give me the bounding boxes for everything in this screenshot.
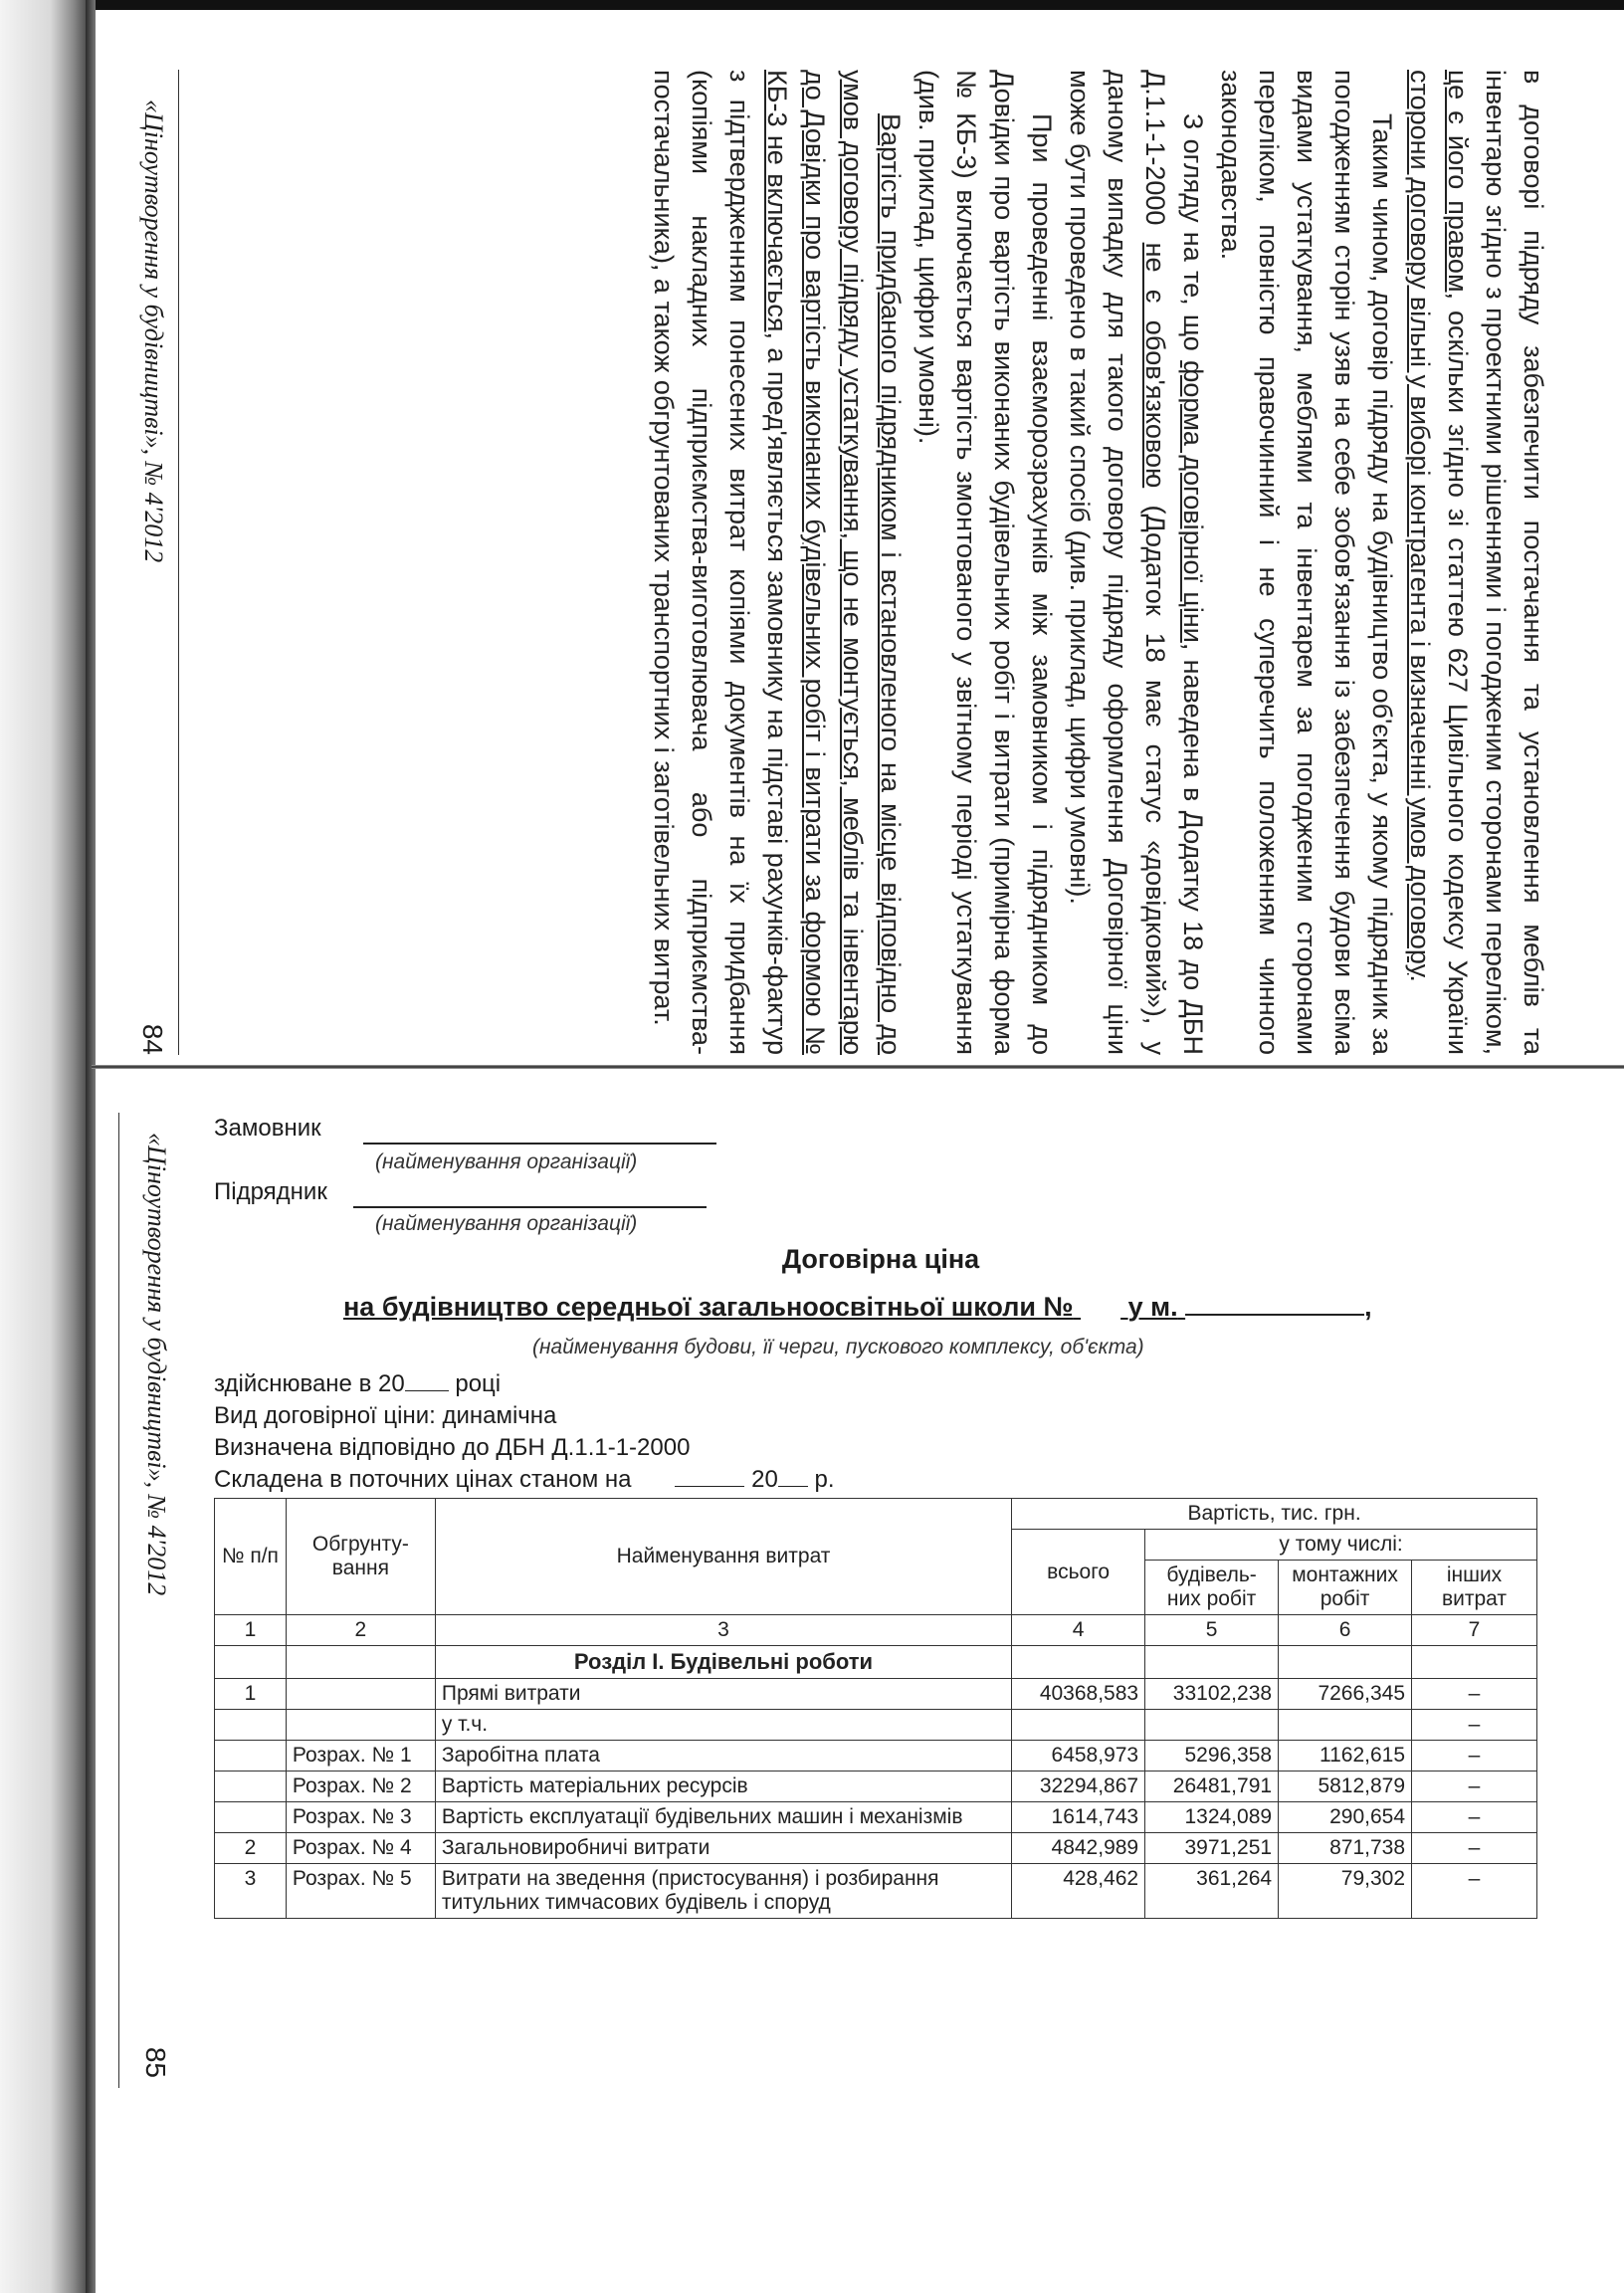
book-spine <box>86 0 96 2293</box>
row-name: у т.ч. <box>435 1710 1011 1741</box>
col-header-num: № п/п <box>215 1499 287 1615</box>
col-header-other: інших витрат <box>1412 1561 1537 1615</box>
journal-title: «Ціноутворення у будівництві», № 4'2012 <box>141 1133 171 1595</box>
row-total: 1614,743 <box>1012 1802 1145 1833</box>
row-name: Вартість експлуатації будівельних машин … <box>435 1802 1011 1833</box>
row-num: 2 <box>215 1833 287 1864</box>
cost-table: № п/п Обгрунту-вання Найменування витрат… <box>214 1498 1537 1919</box>
row-installation: 290,654 <box>1279 1802 1412 1833</box>
row-other: – <box>1412 1772 1537 1802</box>
row-name: Вартість матеріальних ресурсів <box>435 1772 1011 1802</box>
row-num <box>215 1741 287 1772</box>
row-total: 40368,583 <box>1012 1679 1145 1710</box>
row-other: – <box>1412 1833 1537 1864</box>
page-number: 84 <box>136 1024 168 1055</box>
row-construction: 26481,791 <box>1145 1772 1279 1802</box>
table-row: 1Прямі витрати40368,58333102,2387266,345… <box>215 1679 1537 1710</box>
page-84-footer: «Ціноутворення у будівництві», № 4'2012 … <box>174 70 179 1055</box>
row-basis: Розрах. № 3 <box>286 1802 435 1833</box>
subtitle-prefix: на будівництво середньої загальноосвітнь… <box>343 1292 1074 1322</box>
section-row: Розділ I. Будівельні роботи <box>215 1646 1537 1679</box>
journal-title: «Ціноутворення у будівництві», № 4'2012 <box>138 100 168 562</box>
row-basis <box>286 1710 435 1741</box>
org-hint: (найменування організації) <box>375 1212 637 1236</box>
paragraph: З огляду на те, що форма договірної ціни… <box>1061 70 1212 1055</box>
row-construction: 1324,089 <box>1145 1802 1279 1833</box>
contractor-row: Підрядник <box>214 1178 1547 1214</box>
page-84: в договорі підряду забезпечити постачанн… <box>109 70 1552 1055</box>
column-number: 7 <box>1412 1615 1537 1646</box>
org-hint: (найменування організації) <box>375 1150 637 1174</box>
page-85-footer: «Ціноутворення у будівництві», № 4'2012 … <box>118 1113 179 2088</box>
col-header-total: всього <box>1012 1530 1145 1615</box>
row-basis: Розрах. № 4 <box>286 1833 435 1864</box>
col-header-installation: монтажних робіт <box>1279 1561 1412 1615</box>
row-construction <box>1145 1710 1279 1741</box>
col-header-construction: будівель-них робіт <box>1145 1561 1279 1615</box>
meta-year: здійснюване в 20 році <box>214 1368 835 1400</box>
section-title: Розділ I. Будівельні роботи <box>435 1646 1011 1679</box>
subtitle-suffix: , <box>1364 1292 1372 1322</box>
column-number: 3 <box>435 1615 1011 1646</box>
row-name: Прямі витрати <box>435 1679 1011 1710</box>
row-name: Загальновиробничі витрати <box>435 1833 1011 1864</box>
row-basis: Розрах. № 2 <box>286 1772 435 1802</box>
table-row: 3Розрах. № 5Витрати на зведення (пристос… <box>215 1864 1537 1919</box>
row-other: – <box>1412 1679 1537 1710</box>
subtitle-hint: (найменування будови, її черги, пусковог… <box>532 1336 1144 1359</box>
meta-date: Складена в поточних цінах станом на 20 р… <box>214 1464 835 1496</box>
row-installation <box>1279 1710 1412 1741</box>
meta-standard: Визначена відповідно до ДБН Д.1.1-1-2000 <box>214 1432 835 1464</box>
paragraph: При проведенні взаєморозрахунків між зам… <box>910 70 1061 1055</box>
scan-shadow <box>0 0 92 2293</box>
column-number: 4 <box>1012 1615 1145 1646</box>
table-row: у т.ч.– <box>215 1710 1537 1741</box>
row-installation: 79,302 <box>1279 1864 1412 1919</box>
row-name: Витрати на зведення (пристосування) і ро… <box>435 1864 1011 1919</box>
col-header-cost-group: Вартість, тис. грн. <box>1012 1499 1537 1530</box>
page-fold-line <box>92 1065 1624 1069</box>
city-blank <box>1185 1314 1364 1316</box>
row-basis: Розрах. № 1 <box>286 1741 435 1772</box>
col-header-basis: Обгрунту-вання <box>286 1499 435 1615</box>
contractor-blank <box>353 1206 707 1208</box>
row-basis <box>286 1679 435 1710</box>
row-construction: 3971,251 <box>1145 1833 1279 1864</box>
row-construction: 5296,358 <box>1145 1741 1279 1772</box>
document-title: Договірна ціна <box>214 1244 1547 1275</box>
row-basis: Розрах. № 5 <box>286 1864 435 1919</box>
row-total: 6458,973 <box>1012 1741 1145 1772</box>
row-installation: 871,738 <box>1279 1833 1412 1864</box>
customer-row: Замовник <box>214 1115 1547 1150</box>
table-row: 2Розрах. № 4Загальновиробничі витрати484… <box>215 1833 1537 1864</box>
row-construction: 33102,238 <box>1145 1679 1279 1710</box>
scan-top-edge <box>0 0 1624 10</box>
row-num <box>215 1802 287 1833</box>
row-installation: 1162,615 <box>1279 1741 1412 1772</box>
row-other: – <box>1412 1802 1537 1833</box>
column-number: 5 <box>1145 1615 1279 1646</box>
row-num <box>215 1710 287 1741</box>
table-row: Розрах. № 3Вартість експлуатації будівел… <box>215 1802 1537 1833</box>
column-number: 1 <box>215 1615 287 1646</box>
paragraph: в договорі підряду забезпечити постачанн… <box>1401 70 1552 1055</box>
contractor-label: Підрядник <box>214 1178 327 1206</box>
row-total <box>1012 1710 1145 1741</box>
page-number: 85 <box>139 2047 171 2078</box>
paragraph: Вартість придбаного підрядником і встано… <box>645 70 910 1055</box>
row-name: Заробітна плата <box>435 1741 1011 1772</box>
table-row: Розрах. № 2Вартість матеріальних ресурсі… <box>215 1772 1537 1802</box>
table-row: Розрах. № 1Заробітна плата6458,9735296,3… <box>215 1741 1537 1772</box>
row-total: 428,462 <box>1012 1864 1145 1919</box>
document-meta: здійснюване в 20 році Вид договірної цін… <box>214 1368 835 1496</box>
subtitle-city: у м. <box>1128 1292 1178 1322</box>
paragraph: Таким чином, договір підряду на будівниц… <box>1212 70 1401 1055</box>
column-number: 6 <box>1279 1615 1412 1646</box>
row-total: 32294,867 <box>1012 1772 1145 1802</box>
row-num: 3 <box>215 1864 287 1919</box>
meta-price-type: Вид договірної ціни: динамічна <box>214 1400 835 1432</box>
customer-blank <box>363 1143 716 1145</box>
col-header-incl: у тому числі: <box>1145 1530 1537 1561</box>
row-installation: 5812,879 <box>1279 1772 1412 1802</box>
page-84-body-text: в договорі підряду забезпечити постачанн… <box>645 70 1552 1055</box>
row-other: – <box>1412 1864 1537 1919</box>
row-construction: 361,264 <box>1145 1864 1279 1919</box>
column-numbers-row: 1234567 <box>215 1615 1537 1646</box>
contract-price-form: Замовник (найменування організації) Підр… <box>214 1115 1547 1214</box>
row-other: – <box>1412 1710 1537 1741</box>
row-total: 4842,989 <box>1012 1833 1145 1864</box>
row-num <box>215 1772 287 1802</box>
col-header-name: Найменування витрат <box>435 1499 1011 1615</box>
customer-label: Замовник <box>214 1115 321 1143</box>
row-other: – <box>1412 1741 1537 1772</box>
column-number: 2 <box>286 1615 435 1646</box>
row-installation: 7266,345 <box>1279 1679 1412 1710</box>
document-subtitle: на будівництво середньої загальноосвітнь… <box>343 1292 1372 1323</box>
row-num: 1 <box>215 1679 287 1710</box>
